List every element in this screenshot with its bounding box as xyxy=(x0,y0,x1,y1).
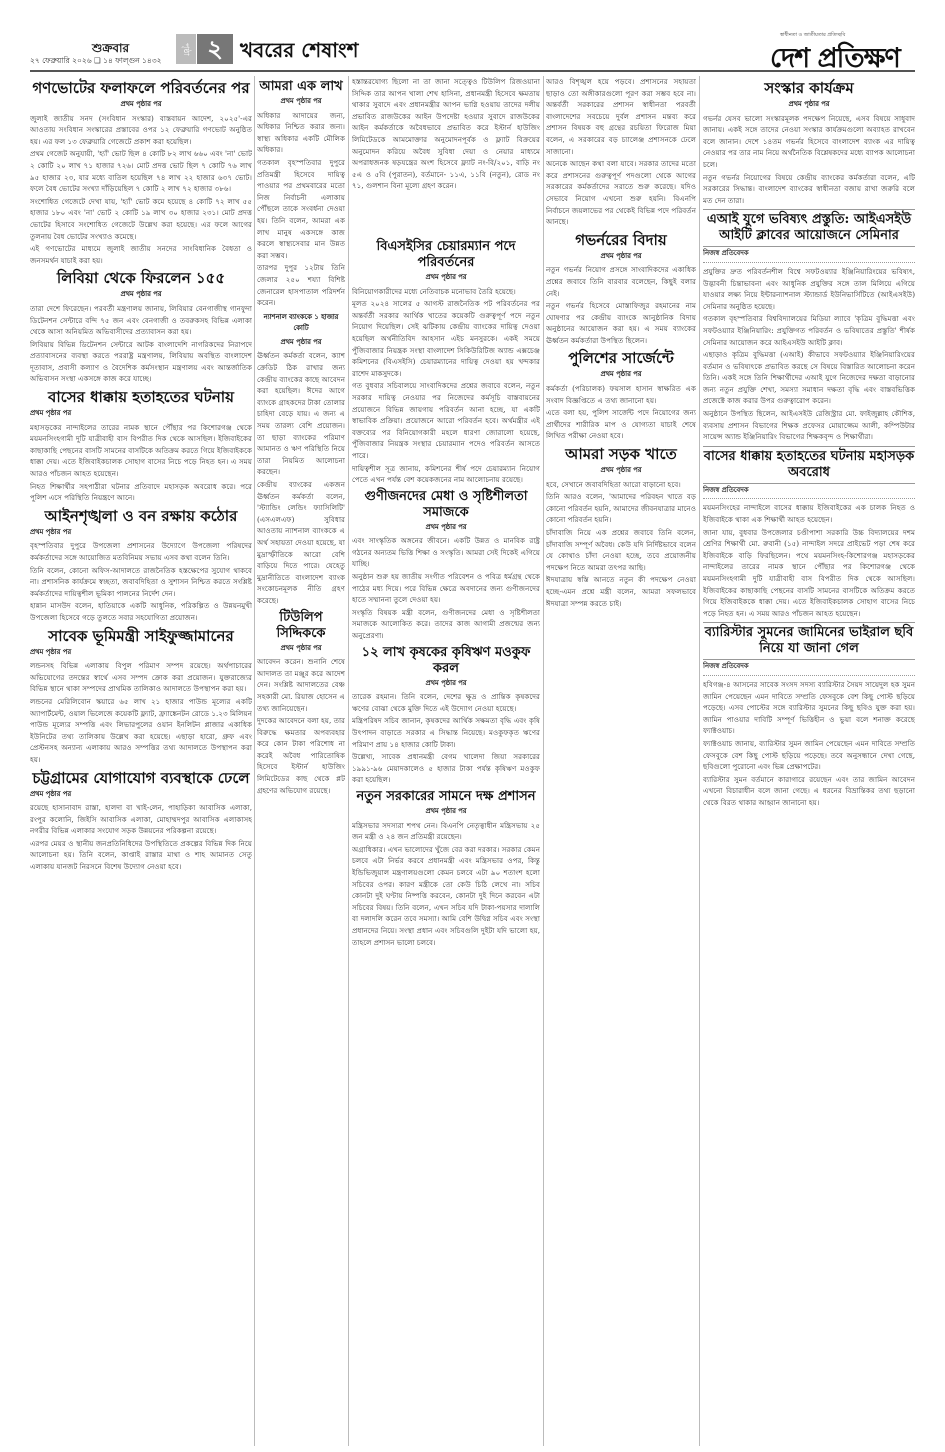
article-gunijon: গুণীজনদের মেধা ও সৃষ্টিশীলতা সমাজকে প্রথ… xyxy=(352,489,540,642)
article-governor-exit: গভর্নরের বিদায় প্রথম পৃষ্ঠার পর নতুন গভ… xyxy=(546,231,696,347)
continued-label: প্রথম পৃষ্ঠার পর xyxy=(352,522,540,534)
column-second: আমরা এক লাখ প্রথম পৃষ্ঠার পর অধিকার আদায… xyxy=(257,76,345,1446)
section-title: খবরের শেষাংশ xyxy=(240,36,359,69)
article-paragraph: মন্ত্রিসভার সদস্যরা শপথ নেন। বিএনপি নেতৃ… xyxy=(352,820,540,843)
article-paragraph: দায়িত্বশীল সূত্র জানায়, কমিশনের শীর্ষ … xyxy=(352,463,540,486)
article-paragraph: হস্তান্তরযোগ্য ছিলো না তা জানা সত্ত্বেও … xyxy=(352,76,540,192)
column-divider xyxy=(699,76,700,1446)
article-byline: নিজস্ব প্রতিবেদক xyxy=(703,661,915,676)
article-headline: বাসের ধাক্কায় হতাহতের ঘটনায় মহাসড়ক অব… xyxy=(703,446,915,484)
article-barrister: ব্যারিস্টার সুমনের জামিনের ভাইরাল ছবি নি… xyxy=(703,622,915,808)
article-headline: গণভোটের ফলাফলে পরিবর্তনের পর xyxy=(30,79,252,98)
continued-label: প্রথম পৃষ্ঠার পর xyxy=(30,408,252,420)
article-headline: সংস্কার কার্যক্রম xyxy=(703,79,915,98)
continued-label: প্রথম পৃষ্ঠার পর xyxy=(257,643,345,655)
column-right: সংস্কার কার্যক্রম প্রথম পৃষ্ঠার পর গভর্ন… xyxy=(703,76,915,1446)
article-bus: বাসের ধাক্কায় হতাহতের ঘটনায় প্রথম পৃষ্… xyxy=(30,388,252,504)
article-paragraph: সংশোধিত গেজেটে দেখা যায়, 'হ্যাঁ' ভোট কম… xyxy=(30,196,252,242)
article-paragraph: ব্যারিস্টার সুমন বর্তমানে কারাগারে রয়েছ… xyxy=(703,774,915,809)
article-paragraph: নিহত শিক্ষার্থীর সহপাঠীরা ঘটনার প্রতিবাদ… xyxy=(30,481,252,504)
article-headline: আমরা এক লাখ xyxy=(257,79,345,95)
article-paragraph: মূলত ২০২৪ সালের ৫ আগস্ট রাজনৈতিক পট পরিব… xyxy=(352,298,540,379)
column-divider xyxy=(543,76,544,1446)
masthead: শুক্রবার ২৭ ফেব্রুয়ারি ২০২৬ ❑ ১৪ ফাল্গু… xyxy=(0,0,945,72)
continued-label: প্রথম পৃষ্ঠার পর xyxy=(352,272,540,284)
article-law: আইনশৃঙ্খলা ও বন রক্ষায় কঠোর প্রথম পৃষ্ঠ… xyxy=(30,507,252,624)
article-paragraph: এতে বলা হয়, পুলিশ সার্জেন্ট পদে নিয়োগে… xyxy=(546,407,696,442)
column-fourth: আরও বিশৃঙ্খল হয়ে পড়বে। প্রশাসনের সহায়… xyxy=(546,76,696,1446)
article-ai-seminar: এআই যুগে ভবিষ্যৎ প্রস্তুতি: আইএসইউ আইটি … xyxy=(703,209,915,443)
article-paragraph: উল্লেখ্য, সাবেক প্রধানমন্ত্রী বেগম খালেদ… xyxy=(352,751,540,786)
continued-label: প্রথম পৃষ্ঠার পর xyxy=(546,251,696,263)
article-paragraph: হান্নান মাসউদ বলেন, হাতিয়াকে একটি আধুনি… xyxy=(30,600,252,623)
article-bsec: বিএসইসির চেয়ারম্যান পদে পরিবর্তনের প্রথ… xyxy=(352,239,540,486)
article-paragraph: গত বুধবার সচিবালয়ে সাংবাদিকদের প্রশ্নের… xyxy=(352,380,540,461)
article-paragraph: এবং সাংস্কৃতিক অঙ্গনের জীবনে। একটি উন্নত… xyxy=(352,535,540,570)
article-paragraph: এছাড়াও কৃত্রিম বুদ্ধিমত্তা (এআই) কীভাবে… xyxy=(703,349,915,407)
article-paragraph: জুলাই জাতীয় সনদ (সংবিধান সংস্কার) বাস্ত… xyxy=(30,113,252,148)
page-label: পৃষ্ঠা xyxy=(176,34,196,64)
article-paragraph: সংস্কৃতি বিষয়ক মন্ত্রী বলেন, গুণীজনদের … xyxy=(352,607,540,642)
article-headline: নতুন সরকারের সামনে দক্ষ প্রশাসন xyxy=(352,789,540,805)
article-headline: বিএসইসির চেয়ারম্যান পদে পরিবর্তনের xyxy=(352,239,540,271)
article-paragraph: এরপর মেয়র ও স্থানীয় জনপ্রতিনিধিদের উপস… xyxy=(30,838,252,873)
article-ek-lakh: আমরা এক লাখ প্রথম পৃষ্ঠার পর অধিকার আদায… xyxy=(257,79,345,309)
article-paragraph: হবে, সেখানে জবাবদিহিতা আরো বাড়ানো হবে। xyxy=(546,479,696,491)
article-headline: বাসের ধাক্কায় হতাহতের ঘটনায় xyxy=(30,388,252,407)
article-paragraph: নতুন গভর্নর নিয়োগের বিষয়ে কেন্দ্রীয় ব… xyxy=(703,172,915,207)
continued-label: প্রথম পৃষ্ঠার পর xyxy=(546,369,696,381)
masthead-divider xyxy=(30,70,915,72)
article-headline: ১২ লাখ কৃষকের কৃষিঋণ মওকুফ করল xyxy=(352,645,540,677)
article-headline: লিবিয়া থেকে ফিরলেন ১৫৫ xyxy=(30,269,252,288)
article-road: আমরা সড়ক খাতে প্রথম পৃষ্ঠার পর হবে, সেখ… xyxy=(546,445,696,609)
article-ctg: চট্টগ্রামের যোগাযোগ ব্যবস্থাকে ঢেলে প্রথ… xyxy=(30,769,252,873)
article-byline: নিজস্ব প্রতিবেদক xyxy=(703,485,915,500)
article-headline: গুণীজনদের মেধা ও সৃষ্টিশীলতা সমাজকে xyxy=(352,489,540,521)
article-paragraph: বিনিয়োগকারীদের মধ্যে নেতিবাচক মনোভাব তৈ… xyxy=(352,286,540,298)
article-paragraph: মন্ত্রিপরিষদ সচিব জানান, কৃষকদের আর্থিক … xyxy=(352,715,540,750)
article-paragraph: তিনি বলেন, কোনো অফিস-আদালতে রাজনৈতিক হস্… xyxy=(30,565,252,600)
column-divider xyxy=(348,76,349,1446)
article-paragraph: হবিগঞ্জ-৪ আসনের সাবেক সংসদ সদস্য ব্যারিস… xyxy=(703,679,915,737)
continued-label: প্রথম পৃষ্ঠার পর xyxy=(703,99,915,111)
article-paragraph: লন্ডনসহ বিভিন্ন এলাকায় বিপুল পরিমাণ সম্… xyxy=(30,660,252,695)
article-national-bank: ন্যাশনাল ব্যাংককে ১ হাজার কোটি প্রথম পৃষ… xyxy=(257,312,345,607)
article-headline: গভর্নরের বিদায় xyxy=(546,231,696,250)
article-headline: ন্যাশনাল ব্যাংককে ১ হাজার কোটি xyxy=(257,312,345,335)
article-paragraph: কর্মকর্তা (পরিচালক) ফয়সাল হাসান স্বাক্ষ… xyxy=(546,383,696,406)
article-paragraph: ঊর্ধ্বতন কর্মকর্তা বলেন, ক্যাশ ক্রেডিট ঠ… xyxy=(257,350,345,478)
article-byline: নিজস্ব প্রতিবেদক xyxy=(703,248,915,263)
article-paragraph: নতুন গভর্নর নিয়োগ প্রসঙ্গে সাংবাদিকদের … xyxy=(546,264,696,299)
article-libya: লিবিয়া থেকে ফিরলেন ১৫৫ প্রথম পৃষ্ঠার পর… xyxy=(30,269,252,385)
article-headline: আমরা সড়ক খাতে xyxy=(546,445,696,464)
continued-label: প্রথম পৃষ্ঠার পর xyxy=(352,678,540,690)
article-paragraph: দুদকের আবেদনে বলা হয়, তার বিরুদ্ধে ক্ষম… xyxy=(257,715,345,796)
continued-label: প্রথম পৃষ্ঠার পর xyxy=(30,289,252,301)
article-paragraph: গভর্নর যেসব ভালো সংস্কারমূলক পদক্ষেপ নিয… xyxy=(703,113,915,171)
article-paragraph: অধিকার আদায়ের জন্য, অধিকার নিশ্চিত করার… xyxy=(257,110,345,156)
article-paragraph: গতকাল বৃহস্পতিবার বিশ্ববিদ্যালয়ের মিডিয… xyxy=(703,313,915,348)
article-paragraph: চাঁদাবাজি নিয়ে এক প্রশ্নের জবাবে তিনি ব… xyxy=(546,527,696,573)
column-left: গণভোটের ফলাফলে পরিবর্তনের পর প্রথম পৃষ্ঠ… xyxy=(30,76,252,1446)
article-paragraph: গতকাল বৃহস্পতিবার দুপুরে প্রতিমন্ত্রী হি… xyxy=(257,157,345,261)
article-bus-blockade: বাসের ধাক্কায় হতাহতের ঘটনায় মহাসড়ক অব… xyxy=(703,446,915,620)
article-headline: টিউলিপ সিদ্দিককে xyxy=(257,610,345,642)
article-gonovote: গণভোটের ফলাফলে পরিবর্তনের পর প্রথম পৃষ্ঠ… xyxy=(30,79,252,266)
article-paragraph: অনেকে আছেন কথা বলা যাবে। সরকার তাদের মতো… xyxy=(546,158,696,228)
continued-label: প্রথম পৃষ্ঠার পর xyxy=(30,789,252,801)
continued-label: প্রথম পৃষ্ঠার পর xyxy=(30,527,252,539)
column-divider xyxy=(254,76,255,1446)
article-paragraph: তারেক রহমান। তিনি বলেন, দেশের ক্ষুদ্র ও … xyxy=(352,691,540,714)
article-paragraph: লিবিয়ায় বিভিন্ন ডিটেনশন সেন্টারে আটক ব… xyxy=(30,339,252,385)
article-paragraph: ঈদযাত্রায় স্বস্তি আনতে নতুন কী পদক্ষেপ … xyxy=(546,574,696,609)
article-paragraph: তিনি আরও বলেন, 'আমাদের পরিবহন খাতে বড় ক… xyxy=(546,491,696,526)
article-paragraph: আরও বিশৃঙ্খল হয়ে পড়বে। প্রশাসনের সহায়… xyxy=(546,76,696,157)
continued-label: প্রথম পৃষ্ঠার পর xyxy=(30,99,252,111)
continued-label: প্রথম পৃষ্ঠার পর xyxy=(352,806,540,818)
article-reform: সংস্কার কার্যক্রম প্রথম পৃষ্ঠার পর গভর্ন… xyxy=(703,79,915,206)
continued-label: প্রথম পৃষ্ঠার পর xyxy=(546,465,696,477)
article-headline: এআই যুগে ভবিষ্যৎ প্রস্তুতি: আইএসইউ আইটি … xyxy=(703,209,915,247)
article-headline: চট্টগ্রামের যোগাযোগ ব্যবস্থাকে ঢেলে xyxy=(30,769,252,788)
article-headline: আইনশৃঙ্খলা ও বন রক্ষায় কঠোর xyxy=(30,507,252,526)
column-center: হস্তান্তরযোগ্য ছিলো না তা জানা সত্ত্বেও … xyxy=(352,76,540,236)
article-paragraph: তারা দেশে ফিরেছেন। পরবর্তী মন্ত্রণালয় জ… xyxy=(30,303,252,338)
article-paragraph: জানা যায়, বুধবার উপজেলার চণ্ডীপাশা সরকা… xyxy=(703,527,915,620)
continued-label: প্রথম পৃষ্ঠার পর xyxy=(257,337,345,349)
article-paragraph: প্রযুক্তির দ্রুত পরিবর্তনশীল বিশ্বে সফটও… xyxy=(703,266,915,312)
article-paragraph: কেন্দ্রীয় ব্যাংকের একজন ঊর্ধ্বতন কর্মকর… xyxy=(257,479,345,607)
article-paragraph: তারপর দুপুর ১২টায় তিনি জেলার ২৫০ শয্যা … xyxy=(257,262,345,308)
article-paragraph: নতুন গভর্নর হিসেবে মোস্তাফিজুর রহমানের ন… xyxy=(546,300,696,346)
column-center-wide: বিএসইসির চেয়ারম্যান পদে পরিবর্তনের প্রথ… xyxy=(352,236,540,1446)
article-saifuzzaman: সাবেক ভূমিমন্ত্রী সাইফুজ্জামানের প্রথম প… xyxy=(30,627,252,766)
article-tulip: টিউলিপ সিদ্দিককে প্রথম পৃষ্ঠার পর আবেদন … xyxy=(257,610,345,797)
article-paragraph: অগ্রাধিকার। এখন ভালোদের খুঁজে বের করা দর… xyxy=(352,844,540,948)
article-paragraph: মহাসড়কের নান্দাইলের তারের নামক স্থানে প… xyxy=(30,422,252,480)
article-farmers: ১২ লাখ কৃষকের কৃষিঋণ মওকুফ করল প্রথম পৃষ… xyxy=(352,645,540,786)
article-paragraph: এই গণভোটের মাধ্যমে জুলাই জাতীয় সনদের সা… xyxy=(30,243,252,266)
article-paragraph: ফ্যাক্টওয়াচ জানায়, ব্যারিস্টার সুমন জা… xyxy=(703,738,915,773)
article-paragraph: লন্ডনের মেরিলিবোন স্কয়ারে ৬৫ লাখ ২১ হাজ… xyxy=(30,696,252,766)
article-paragraph: প্রথম গেজেট অনুযায়ী, 'হ্যাঁ' ভোট ছিল ৪ … xyxy=(30,148,252,194)
continued-label: প্রথম পৃষ্ঠার পর xyxy=(30,647,252,659)
issue-date: ২৭ ফেব্রুয়ারি ২০২৬ ❑ ১৪ ফাল্গুন ১৪৩২ xyxy=(30,56,162,68)
article-police: পুলিশের সার্জেন্টে প্রথম পৃষ্ঠার পর কর্ম… xyxy=(546,349,696,442)
article-paragraph: আবেদন করেন। শুনানি শেষে আদালত তা মঞ্জুর … xyxy=(257,656,345,714)
article-administration: নতুন সরকারের সামনে দক্ষ প্রশাসন প্রথম পৃ… xyxy=(352,789,540,948)
article-paragraph: অনুষ্ঠানে উপস্থিত ছিলেন, আইএসইউ রেজিস্ট্… xyxy=(703,408,915,443)
article-headline: ব্যারিস্টার সুমনের জামিনের ভাইরাল ছবি নি… xyxy=(703,622,915,660)
article-paragraph: ময়মনসিংহের নান্দাইলে বাসের ধাক্কায় ইজি… xyxy=(703,502,915,525)
article-paragraph: রয়েছে হাসানাবাদ রাস্তা, হালদা বা খাই-লে… xyxy=(30,802,252,837)
article-headline: সাবেক ভূমিমন্ত্রী সাইফুজ্জামানের xyxy=(30,627,252,646)
continued-label: প্রথম পৃষ্ঠার পর xyxy=(257,96,345,108)
article-paragraph: বৃহস্পতিবার দুপুরে উপজেলা প্রশাসনের উদ্য… xyxy=(30,540,252,563)
article-headline: পুলিশের সার্জেন্টে xyxy=(546,349,696,368)
page-number: ২ xyxy=(197,34,233,64)
article-paragraph: অনুষ্ঠান শুরু হয় জাতীয় সংগীত পরিবেশন ও… xyxy=(352,571,540,606)
